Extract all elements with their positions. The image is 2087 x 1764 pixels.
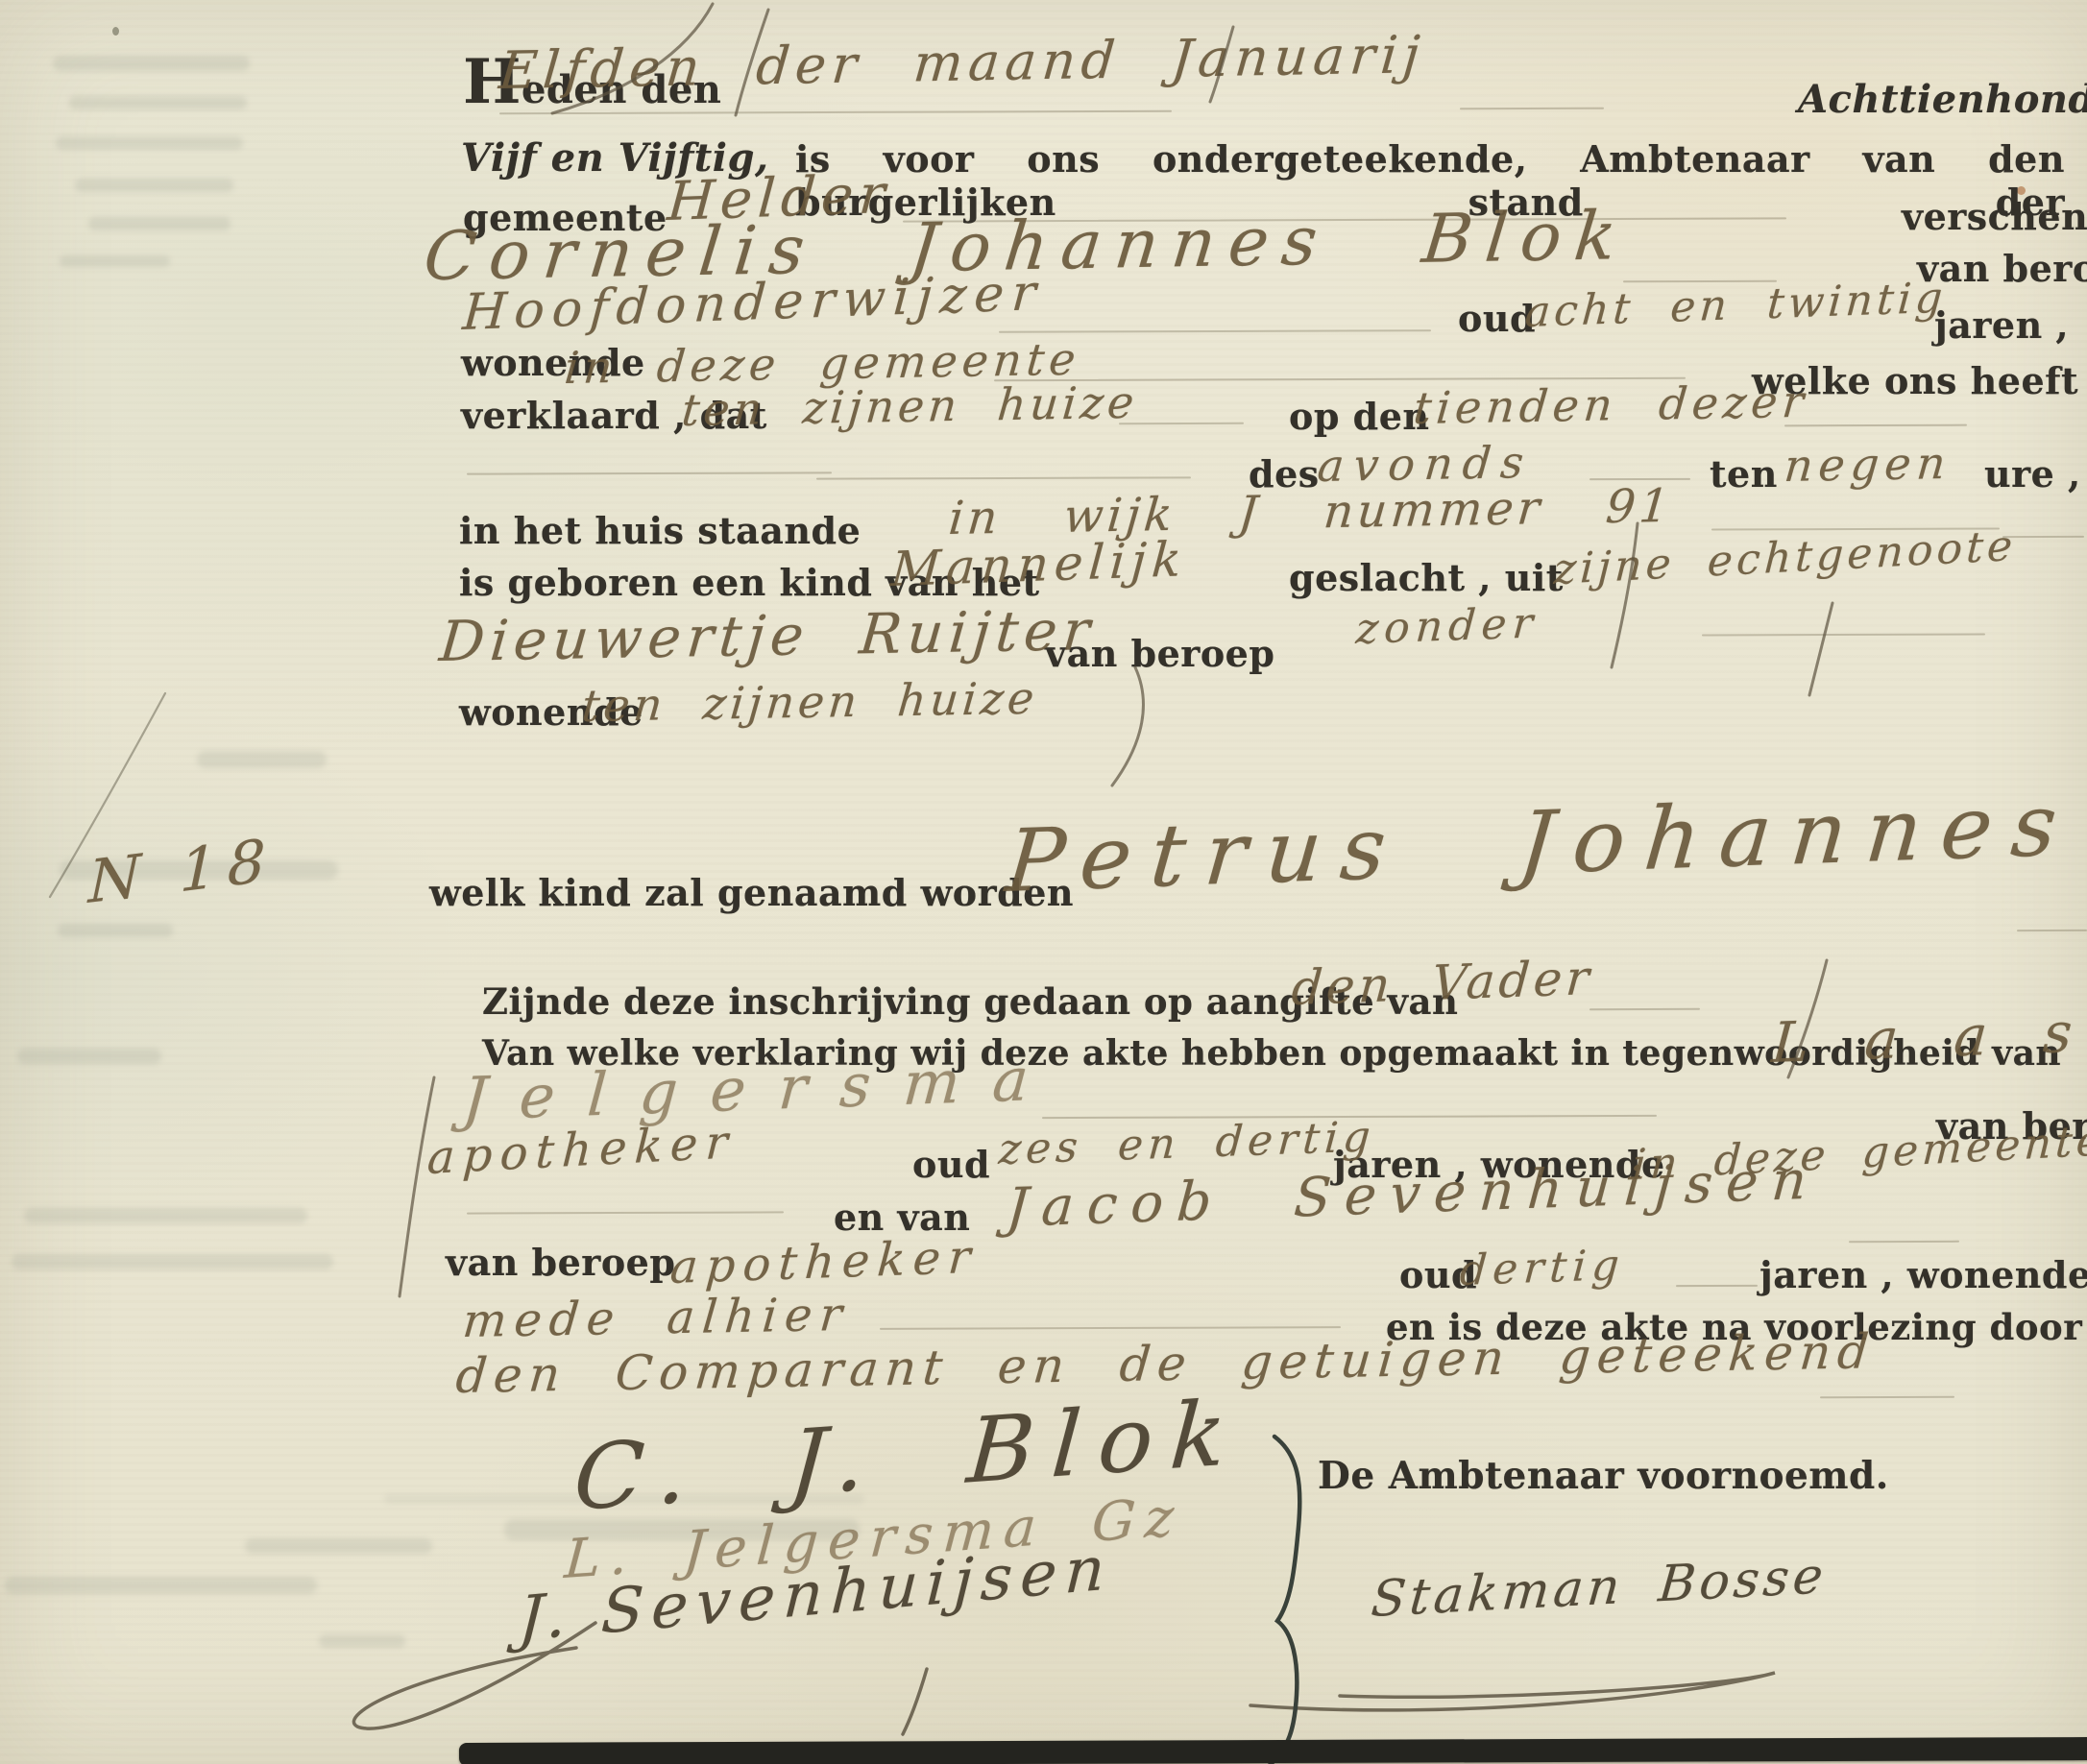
printed-ure: ure , (1984, 452, 2081, 495)
bleedthrough-smudge (53, 56, 250, 71)
bottom-black-bar (459, 1737, 2087, 1764)
baseline-rule (1849, 1241, 1959, 1243)
bleedthrough-smudge (88, 217, 231, 230)
bleedthrough-smudge (24, 1208, 307, 1223)
entry-declared-at: ten zijnen huize (680, 376, 1140, 436)
baseline-rule (1590, 1008, 1700, 1010)
printed-verschenen: verschenen (1902, 195, 2087, 238)
entry-act-number: N 18 (87, 825, 276, 917)
bleedthrough-smudge (56, 136, 243, 150)
entry-witness1-age: zes en dertig (997, 1112, 1376, 1174)
entry-declarant-age: acht en twintig (1523, 274, 1948, 337)
baseline-rule (1784, 424, 1967, 427)
entry-mother-name: Dieuwertje Ruijter (437, 597, 1099, 674)
baseline-rule (1460, 108, 1604, 110)
baseline-rule (2017, 930, 2087, 931)
baseline-rule (1702, 633, 1985, 636)
baseline-rule (880, 1326, 1341, 1330)
printed-jaren-1: jaren , (1934, 303, 2069, 347)
printed-op-den: op den (1289, 395, 1430, 438)
printed-huis-staande: in het huis staande (459, 509, 861, 552)
baseline-rule (1676, 1285, 1758, 1287)
birth-certificate-scan: Heden den Achttienhonderd Vijf en Vijfti… (0, 0, 2087, 1764)
entry-witness1-firstname: Laas (1770, 998, 2087, 1075)
entry-hour: negen (1783, 437, 1954, 492)
baseline-rule (467, 1211, 784, 1214)
entry-aangifte-by: den Vader (1290, 950, 1595, 1016)
printed-ten: ten (1710, 452, 1778, 495)
bleedthrough-smudge (75, 179, 233, 192)
bleedthrough-smudge (197, 751, 327, 768)
baseline-rule (1820, 1396, 1954, 1398)
entry-witness2-age: dertig (1458, 1241, 1626, 1295)
entry-date-day-month: Elfden der maand Januarij (497, 24, 1427, 101)
printed-van-beroep-4: van beroep (446, 1241, 675, 1284)
bleedthrough-smudge (58, 924, 173, 937)
bleedthrough-smudge (245, 1538, 432, 1554)
printed-geslacht-uit: geslacht , uit (1289, 556, 1564, 599)
baseline-rule (1119, 423, 1244, 424)
paper-stain-speck (112, 27, 119, 36)
printed-jaren-wonende-2: jaren , wonende (1759, 1253, 2087, 1296)
printed-ambtenaar-voornoemd: De Ambtenaar voornoemd. (1318, 1454, 1889, 1498)
signature-brace (1270, 1437, 1299, 1764)
bleedthrough-smudge (5, 1577, 317, 1594)
baseline-rule (816, 476, 1191, 479)
entry-birth-day: tienden dezer (1412, 375, 1811, 434)
printed-achttienhonderd: Achttienhonderd (1798, 77, 2087, 122)
bleedthrough-smudge (60, 255, 170, 267)
bleedthrough-smudge (12, 1254, 333, 1269)
bleedthrough-smudge (17, 1049, 161, 1064)
printed-naming-label: welk kind zal genaamd worden (429, 871, 1074, 914)
bleedthrough-smudge (69, 96, 247, 109)
signature-official: Stakman Bosse (1369, 1547, 1829, 1629)
entry-witness2-beroep: apotheker (668, 1230, 980, 1294)
entry-witness2-residence: mede alhier (461, 1288, 852, 1348)
entry-mother-beroep: zonder (1354, 598, 1540, 654)
entry-mother-residence: ten zijnen huize (580, 672, 1040, 732)
entry-child-name: Petrus Johannes (1002, 774, 2079, 912)
bleedthrough-smudge (319, 1634, 405, 1648)
printed-oud-2: oud (912, 1143, 990, 1186)
entry-gender: Mannelijk (889, 531, 1189, 597)
baseline-rule (467, 471, 832, 474)
